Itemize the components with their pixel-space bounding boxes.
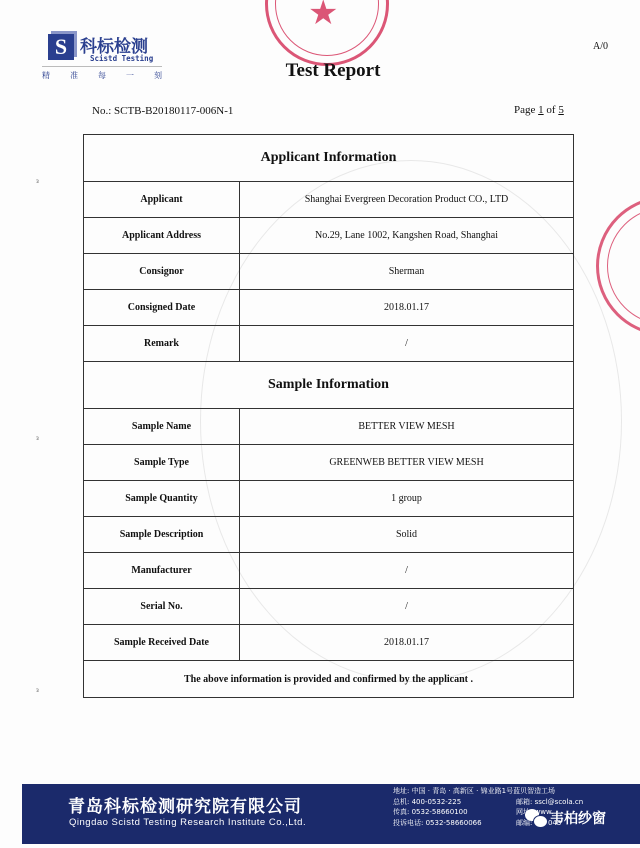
field-label: Applicant Address [84, 218, 240, 254]
footer-phone: 总机: 400-0532-225 [393, 798, 461, 806]
table-row: Sample Received Date 2018.01.17 [84, 625, 574, 661]
field-value: No.29, Lane 1002, Kangshen Road, Shangha… [240, 218, 574, 254]
field-value: / [240, 326, 574, 362]
page-indicator: Page 1 of 5 [514, 104, 564, 116]
table-row: Sample Quantity 1 group [84, 481, 574, 517]
field-value: Shanghai Evergreen Decoration Product CO… [240, 182, 574, 218]
field-value: 2018.01.17 [240, 290, 574, 326]
field-label: Sample Quantity [84, 481, 240, 517]
margin-mark: з [36, 686, 39, 694]
page-total: 5 [558, 104, 564, 116]
table-row: Sample Name BETTER VIEW MESH [84, 409, 574, 445]
field-value: Sherman [240, 254, 574, 290]
table-row: Applicant Address No.29, Lane 1002, Kang… [84, 218, 574, 254]
field-label: Sample Name [84, 409, 240, 445]
field-value: 1 group [240, 481, 574, 517]
table-row: Consignor Sherman [84, 254, 574, 290]
footer-fax: 传真: 0532-58660100 [393, 808, 468, 816]
field-label: Serial No. [84, 589, 240, 625]
field-label: Sample Description [84, 517, 240, 553]
footer-company-en: Qingdao Scistd Testing Research Institut… [69, 817, 306, 828]
wechat-watermark: 韦柏纱窗 [525, 808, 606, 828]
field-value: Solid [240, 517, 574, 553]
revision-label: A/0 [593, 41, 608, 52]
wechat-account-name: 韦柏纱窗 [550, 808, 606, 828]
logo-s-icon: S [48, 34, 74, 60]
field-value: BETTER VIEW MESH [240, 409, 574, 445]
wechat-icon [525, 809, 547, 827]
applicant-section-title: Applicant Information [84, 135, 574, 182]
field-label: Consignor [84, 254, 240, 290]
table-row: Serial No. / [84, 589, 574, 625]
margin-mark: з [36, 177, 39, 185]
field-value: 2018.01.17 [240, 625, 574, 661]
confirmation-note: The above information is provided and co… [84, 661, 574, 698]
field-label: Applicant [84, 182, 240, 218]
field-label: Sample Received Date [84, 625, 240, 661]
table-row: Sample Type GREENWEB BETTER VIEW MESH [84, 445, 574, 481]
report-title: Test Report [0, 60, 640, 82]
report-number: No.: SCTB-B20180117-006N-1 [92, 105, 233, 117]
table-row: Consigned Date 2018.01.17 [84, 290, 574, 326]
page-sep: of [544, 104, 559, 116]
official-seal-stamp-icon: ★ [265, 0, 389, 66]
table-row: Applicant Shanghai Evergreen Decoration … [84, 182, 574, 218]
footer-contact-line: 总机: 400-0532-225 邮箱: sscl@scola.cn [393, 797, 638, 808]
star-icon: ★ [308, 0, 338, 31]
table-row: Manufacturer / [84, 553, 574, 589]
table-row: Sample Description Solid [84, 517, 574, 553]
field-value: / [240, 589, 574, 625]
field-label: Consigned Date [84, 290, 240, 326]
footer-email: 邮箱: sscl@scola.cn [516, 797, 583, 808]
footer-address: 地址: 中国 · 青岛 · 高新区 · 锦业路1号蓝贝智造工场 [393, 786, 638, 797]
sample-section-title: Sample Information [84, 362, 574, 409]
field-label: Manufacturer [84, 553, 240, 589]
table-row: Remark / [84, 326, 574, 362]
margin-mark: з [36, 434, 39, 442]
page-prefix: Page [514, 104, 538, 116]
footer-complaint-phone: 投诉电话: 0532-58660066 [393, 819, 482, 827]
report-info-table: Applicant Information Applicant Shanghai… [83, 134, 574, 698]
field-label: Remark [84, 326, 240, 362]
testing-seal-stamp-icon [596, 196, 640, 336]
footer-company-cn: 青岛科标检测研究院有限公司 [68, 792, 302, 817]
field-value: GREENWEB BETTER VIEW MESH [240, 445, 574, 481]
field-value: / [240, 553, 574, 589]
field-label: Sample Type [84, 445, 240, 481]
